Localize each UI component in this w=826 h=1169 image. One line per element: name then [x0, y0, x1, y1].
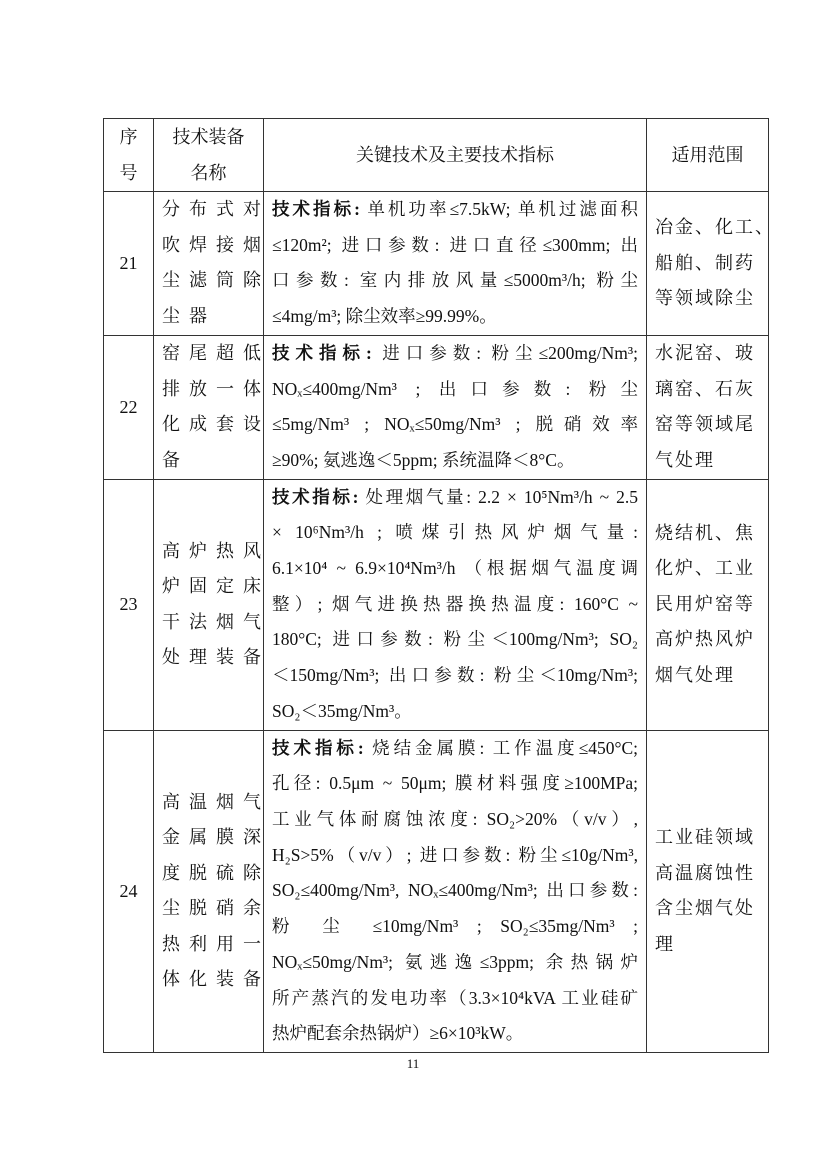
tech-line: 热炉配套余热锅炉）≥6×10³kW。 [272, 1016, 638, 1052]
name-line: 窑尾超低 [162, 336, 257, 372]
row-equipment-name: 分布式对 吹焊接烟 尘滤筒除 尘器 [154, 192, 264, 336]
header-name-line: 名称 [160, 155, 257, 191]
tech-text: 烧结金属膜: 工作温度≤450°C; [364, 738, 638, 758]
scope-line: 高温腐蚀性 [655, 856, 762, 892]
header-seq: 序 号 [104, 119, 154, 192]
header-scope: 适用范围 [647, 119, 769, 192]
tech-line: 工业气体耐腐蚀浓度: SO₂>20%（v/v）, [272, 802, 638, 838]
row-scope: 冶金、化工、 船舶、制药 等领域除尘 [647, 192, 769, 336]
page-number: 11 [0, 1056, 826, 1072]
tech-line: SO₂＜35mg/Nm³。 [272, 694, 638, 730]
tech-line: ≥90%; 氨逃逸＜5ppm; 系统温降＜8°C。 [272, 443, 638, 479]
scope-line: 民用炉窑等 [655, 587, 762, 623]
name-line: 体化装备 [162, 962, 257, 998]
tech-line: 6.1×10⁴ ~ 6.9×10⁴Nm³/h （根据烟气温度调 [272, 551, 638, 587]
scope-line: 含尘烟气处 [655, 891, 762, 927]
tech-line: 孔径: 0.5μm ~ 50μm; 膜材料强度≥100MPa; [272, 766, 638, 802]
tech-line: 所产蒸汽的发电功率（3.3×10⁴kVA 工业硅矿 [272, 981, 638, 1017]
tech-line: 口参数: 室内排放风量≤5000m³/h; 粉尘 [272, 263, 638, 299]
name-line: 尘器 [162, 299, 257, 335]
scope-line: 烧结机、焦 [655, 516, 762, 552]
tech-line: SO₂≤400mg/Nm³, NOₓ≤400mg/Nm³; 出口参数: [272, 873, 638, 909]
row-scope: 水泥窑、玻 璃窑、石灰 窑等领域尾 气处理 [647, 335, 769, 479]
header-seq-line: 号 [104, 155, 153, 191]
table-row: 21 分布式对 吹焊接烟 尘滤筒除 尘器 技术指标: 单机功率≤7.5kW; 单… [104, 192, 769, 336]
scope-line: 等领域除尘 [655, 281, 762, 317]
scope-line: 气处理 [655, 443, 762, 479]
tech-line: 技术指标: 进口参数: 粉尘≤200mg/Nm³; [272, 336, 638, 372]
name-line: 吹焊接烟 [162, 228, 257, 264]
tech-line: 技术指标: 烧结金属膜: 工作温度≤450°C; [272, 731, 638, 767]
tech-label: 技术指标: [272, 199, 360, 219]
table-row: 24 高温烟气 金属膜深 度脱硫除 尘脱硝余 热利用一 体化装备 技术指标: 烧… [104, 730, 769, 1052]
row-seq: 24 [104, 730, 154, 1052]
tech-line: 粉 尘 ≤10mg/Nm³ ; SO₂≤35mg/Nm³ ; [272, 909, 638, 945]
tech-line: 技术指标: 处理烟气量: 2.2 × 10⁵Nm³/h ~ 2.5 [272, 480, 638, 516]
scope-line: 船舶、制药 [655, 246, 762, 282]
name-line: 高炉热风 [162, 534, 257, 570]
tech-line: H₂S>5%（v/v）; 进口参数: 粉尘≤10g/Nm³, [272, 838, 638, 874]
tech-text: 处理烟气量: 2.2 × 10⁵Nm³/h ~ 2.5 [358, 487, 638, 507]
row-tech-spec: 技术指标: 烧结金属膜: 工作温度≤450°C; 孔径: 0.5μm ~ 50μ… [264, 730, 647, 1052]
row-equipment-name: 高炉热风 炉固定床 干法烟气 处理装备 [154, 479, 264, 730]
tech-label: 技术指标: [272, 487, 358, 507]
name-line: 炉固定床 [162, 569, 257, 605]
equipment-table: 序 号 技术装备 名称 关键技术及主要技术指标 适用范围 21 分布式对 吹焊接… [103, 118, 769, 1053]
header-tech: 关键技术及主要技术指标 [264, 119, 647, 192]
row-scope: 工业硅领域 高温腐蚀性 含尘烟气处 理 [647, 730, 769, 1052]
scope-line: 烟气处理 [655, 658, 762, 694]
scope-line: 理 [655, 927, 762, 963]
row-scope: 烧结机、焦 化炉、工业 民用炉窑等 高炉热风炉 烟气处理 [647, 479, 769, 730]
tech-line: 技术指标: 单机功率≤7.5kW; 单机过滤面积 [272, 192, 638, 228]
table-row: 23 高炉热风 炉固定床 干法烟气 处理装备 技术指标: 处理烟气量: 2.2 … [104, 479, 769, 730]
name-line: 干法烟气 [162, 605, 257, 641]
tech-line: 180°C; 进口参数: 粉尘＜100mg/Nm³; SO₂ [272, 622, 638, 658]
name-line: 尘滤筒除 [162, 263, 257, 299]
tech-text: 单机功率≤7.5kW; 单机过滤面积 [360, 199, 638, 219]
name-line: 备 [162, 443, 257, 479]
tech-line: ≤120m²; 进口参数: 进口直径≤300mm; 出 [272, 228, 638, 264]
name-line: 尘脱硝余 [162, 891, 257, 927]
tech-line: NOₓ≤400mg/Nm³ ; 出口参数: 粉尘 [272, 372, 638, 408]
name-line: 热利用一 [162, 927, 257, 963]
scope-line: 化炉、工业 [655, 551, 762, 587]
scope-line: 水泥窑、玻 [655, 336, 762, 372]
tech-label: 技术指标: [272, 343, 372, 363]
tech-line: × 10⁶Nm³/h ; 喷煤引热风炉烟气量: [272, 515, 638, 551]
header-name: 技术装备 名称 [154, 119, 264, 192]
header-name-line: 技术装备 [160, 119, 257, 155]
row-tech-spec: 技术指标: 处理烟气量: 2.2 × 10⁵Nm³/h ~ 2.5 × 10⁶N… [264, 479, 647, 730]
row-seq: 23 [104, 479, 154, 730]
tech-line: ＜150mg/Nm³; 出口参数: 粉尘＜10mg/Nm³; [272, 658, 638, 694]
tech-text: 进口参数: 粉尘≤200mg/Nm³; [372, 343, 638, 363]
row-equipment-name: 高温烟气 金属膜深 度脱硫除 尘脱硝余 热利用一 体化装备 [154, 730, 264, 1052]
tech-line: ≤4mg/m³; 除尘效率≥99.99%。 [272, 299, 638, 335]
name-line: 处理装备 [162, 640, 257, 676]
table-header-row: 序 号 技术装备 名称 关键技术及主要技术指标 适用范围 [104, 119, 769, 192]
tech-line: ≤5mg/Nm³ ; NOₓ≤50mg/Nm³ ; 脱硝效率 [272, 407, 638, 443]
row-seq: 21 [104, 192, 154, 336]
name-line: 化成套设 [162, 407, 257, 443]
scope-line: 璃窑、石灰 [655, 372, 762, 408]
tech-label: 技术指标: [272, 738, 364, 758]
tech-line: NOₓ≤50mg/Nm³; 氨逃逸≤3ppm; 余热锅炉 [272, 945, 638, 981]
scope-line: 窑等领域尾 [655, 407, 762, 443]
name-line: 高温烟气 [162, 785, 257, 821]
header-seq-line: 序 [104, 119, 153, 155]
scope-line: 工业硅领域 [655, 820, 762, 856]
row-tech-spec: 技术指标: 进口参数: 粉尘≤200mg/Nm³; NOₓ≤400mg/Nm³ … [264, 335, 647, 479]
tech-line: 整）; 烟气进换热器换热温度: 160°C ~ [272, 587, 638, 623]
row-tech-spec: 技术指标: 单机功率≤7.5kW; 单机过滤面积 ≤120m²; 进口参数: 进… [264, 192, 647, 336]
name-line: 排放一体 [162, 372, 257, 408]
name-line: 分布式对 [162, 192, 257, 228]
scope-line: 冶金、化工、 [655, 210, 762, 246]
row-equipment-name: 窑尾超低 排放一体 化成套设 备 [154, 335, 264, 479]
table-row: 22 窑尾超低 排放一体 化成套设 备 技术指标: 进口参数: 粉尘≤200mg… [104, 335, 769, 479]
scope-line: 高炉热风炉 [655, 622, 762, 658]
name-line: 金属膜深 [162, 820, 257, 856]
name-line: 度脱硫除 [162, 856, 257, 892]
row-seq: 22 [104, 335, 154, 479]
